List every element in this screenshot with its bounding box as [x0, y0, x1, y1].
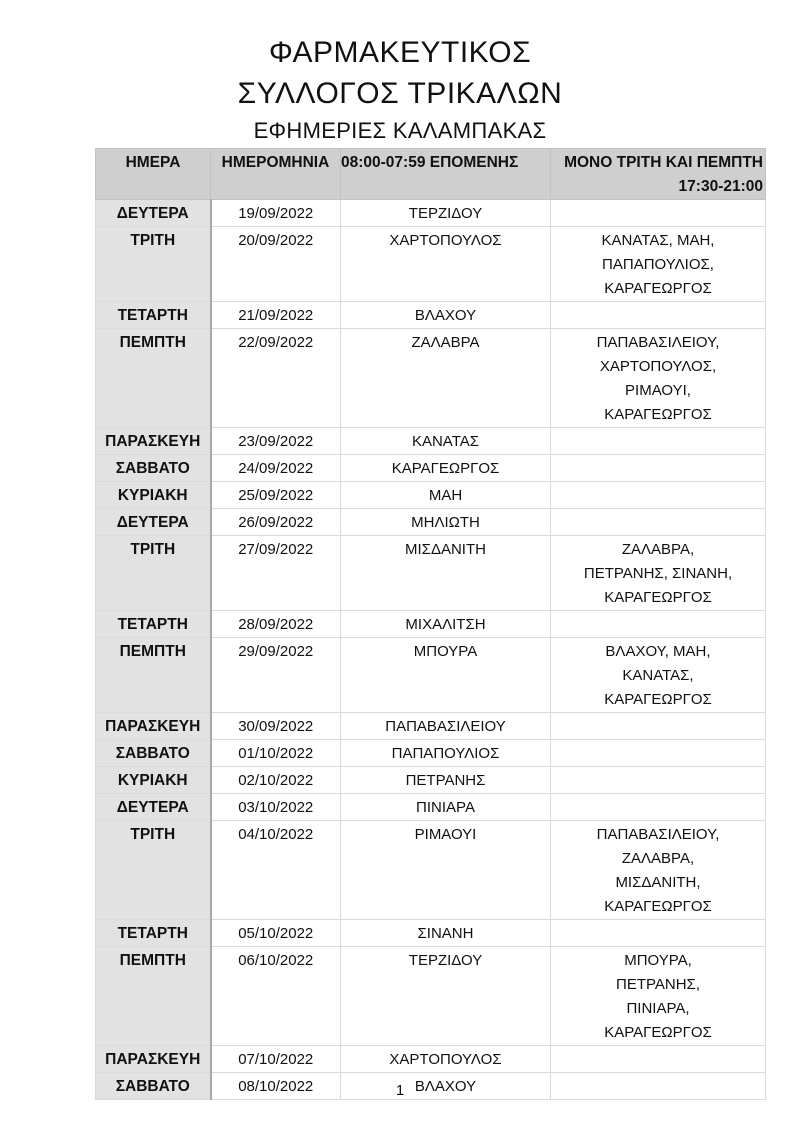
day-cell: ΣΑΒΒΑΤΟ — [96, 455, 211, 482]
duty-pharmacy-cell: ΜΙΧΑΛΙΤΣΗ — [341, 611, 551, 638]
column-header-duty-hours: 08:00-07:59 ΕΠΟΜΕΝΗΣ — [341, 149, 551, 200]
duty-pharmacy-cell: ΤΕΡΖΙΔΟΥ — [341, 947, 551, 1046]
evening-pharmacy-line: ΚΑΡΑΓΕΩΡΓΟΣ — [551, 1021, 765, 1045]
evening-pharmacies-cell — [551, 611, 766, 638]
evening-pharmacy-line: ΚΑΡΑΓΕΩΡΓΟΣ — [551, 403, 765, 427]
document-title-line-2: ΣΥΛΛΟΓΟΣ ΤΡΙΚΑΛΩΝ — [0, 77, 800, 111]
table-row: ΣΑΒΒΑΤΟ24/09/2022ΚΑΡΑΓΕΩΡΓΟΣ — [96, 455, 766, 482]
duty-pharmacy-cell: ΧΑΡΤΟΠΟΥΛΟΣ — [341, 1046, 551, 1073]
table-row: ΣΑΒΒΑΤΟ01/10/2022ΠΑΠΑΠΟΥΛΙΟΣ — [96, 740, 766, 767]
date-cell: 06/10/2022 — [211, 947, 341, 1046]
table-header-row: ΗΜΕΡΑ ΗΜΕΡΟΜΗΝΙΑ 08:00-07:59 ΕΠΟΜΕΝΗΣ ΜΟ… — [96, 149, 766, 200]
duty-pharmacy-cell: ΠΑΠΑΠΟΥΛΙΟΣ — [341, 740, 551, 767]
table-row: ΤΡΙΤΗ27/09/2022ΜΙΣΔΑΝΙΤΗΖΑΛΑΒΡΑ,ΠΕΤΡΑΝΗΣ… — [96, 536, 766, 611]
date-cell: 01/10/2022 — [211, 740, 341, 767]
table-row: ΔΕΥΤΕΡΑ26/09/2022ΜΗΛΙΩΤΗ — [96, 509, 766, 536]
day-cell: ΠΕΜΠΤΗ — [96, 329, 211, 428]
evening-pharmacy-line: ΠΕΤΡΑΝΗΣ, — [551, 973, 765, 997]
day-cell: ΤΕΤΑΡΤΗ — [96, 920, 211, 947]
duty-pharmacy-cell: ΤΕΡΖΙΔΟΥ — [341, 200, 551, 227]
date-cell: 19/09/2022 — [211, 200, 341, 227]
evening-pharmacies-cell — [551, 767, 766, 794]
duty-pharmacy-cell: ΧΑΡΤΟΠΟΥΛΟΣ — [341, 227, 551, 302]
table-row: ΤΡΙΤΗ20/09/2022ΧΑΡΤΟΠΟΥΛΟΣΚΑΝΑΤΑΣ, ΜΑΗ,Π… — [96, 227, 766, 302]
evening-pharmacies-cell — [551, 428, 766, 455]
day-cell: ΔΕΥΤΕΡΑ — [96, 794, 211, 821]
day-cell: ΔΕΥΤΕΡΑ — [96, 200, 211, 227]
evening-pharmacy-line: ΖΑΛΑΒΡΑ, — [551, 847, 765, 871]
evening-pharmacies-cell — [551, 794, 766, 821]
page-number: 1 — [0, 1082, 800, 1099]
evening-pharmacy-line: ΠΙΝΙΑΡΑ, — [551, 997, 765, 1021]
day-cell: ΔΕΥΤΕΡΑ — [96, 509, 211, 536]
table-row: ΤΕΤΑΡΤΗ21/09/2022ΒΛΑΧΟΥ — [96, 302, 766, 329]
date-cell: 02/10/2022 — [211, 767, 341, 794]
evening-pharmacies-cell — [551, 740, 766, 767]
duty-pharmacy-cell: ΠΕΤΡΑΝΗΣ — [341, 767, 551, 794]
duty-pharmacy-cell: ΜΠΟΥΡΑ — [341, 638, 551, 713]
evening-pharmacy-line: ΚΑΡΑΓΕΩΡΓΟΣ — [551, 895, 765, 919]
evening-pharmacy-line: ΚΑΡΑΓΕΩΡΓΟΣ — [551, 277, 765, 301]
evening-pharmacy-line: ΧΑΡΤΟΠΟΥΛΟΣ, — [551, 355, 765, 379]
evening-pharmacy-line: ΚΑΡΑΓΕΩΡΓΟΣ — [551, 586, 765, 610]
duty-pharmacy-cell: ΡΙΜΑΟΥΙ — [341, 821, 551, 920]
date-cell: 04/10/2022 — [211, 821, 341, 920]
day-cell: ΠΑΡΑΣΚΕΥΗ — [96, 713, 211, 740]
duty-schedule-table: ΗΜΕΡΑ ΗΜΕΡΟΜΗΝΙΑ 08:00-07:59 ΕΠΟΜΕΝΗΣ ΜΟ… — [95, 148, 766, 1100]
day-cell: ΤΡΙΤΗ — [96, 536, 211, 611]
duty-pharmacy-cell: ΜΙΣΔΑΝΙΤΗ — [341, 536, 551, 611]
document-subtitle: ΕΦΗΜΕΡΙΕΣ ΚΑΛΑΜΠΑΚΑΣ — [0, 118, 800, 144]
column-header-date: ΗΜΕΡΟΜΗΝΙΑ — [211, 149, 341, 200]
duty-pharmacy-cell: ΜΗΛΙΩΤΗ — [341, 509, 551, 536]
date-cell: 23/09/2022 — [211, 428, 341, 455]
duty-pharmacy-cell: ΚΑΝΑΤΑΣ — [341, 428, 551, 455]
date-cell: 27/09/2022 — [211, 536, 341, 611]
evening-pharmacy-line: ΖΑΛΑΒΡΑ, — [551, 538, 765, 562]
evening-pharmacies-cell — [551, 713, 766, 740]
day-cell: ΠΕΜΠΤΗ — [96, 638, 211, 713]
date-cell: 05/10/2022 — [211, 920, 341, 947]
date-cell: 21/09/2022 — [211, 302, 341, 329]
date-cell: 30/09/2022 — [211, 713, 341, 740]
duty-pharmacy-cell: ΖΑΛΑΒΡΑ — [341, 329, 551, 428]
table-row: ΠΑΡΑΣΚΕΥΗ30/09/2022ΠΑΠΑΒΑΣΙΛΕΙΟΥ — [96, 713, 766, 740]
day-cell: ΤΕΤΑΡΤΗ — [96, 302, 211, 329]
evening-pharmacy-line: ΠΑΠΑΒΑΣΙΛΕΙΟΥ, — [551, 331, 765, 355]
evening-pharmacy-line: ΠΑΠΑΠΟΥΛΙΟΣ, — [551, 253, 765, 277]
duty-pharmacy-cell: ΠΙΝΙΑΡΑ — [341, 794, 551, 821]
evening-pharmacy-line: ΚΑΡΑΓΕΩΡΓΟΣ — [551, 688, 765, 712]
date-cell: 03/10/2022 — [211, 794, 341, 821]
table-row: ΚΥΡΙΑΚΗ25/09/2022ΜΑΗ — [96, 482, 766, 509]
duty-pharmacy-cell: ΚΑΡΑΓΕΩΡΓΟΣ — [341, 455, 551, 482]
day-cell: ΠΑΡΑΣΚΕΥΗ — [96, 1046, 211, 1073]
evening-pharmacies-cell — [551, 482, 766, 509]
table-row: ΠΑΡΑΣΚΕΥΗ07/10/2022ΧΑΡΤΟΠΟΥΛΟΣ — [96, 1046, 766, 1073]
column-header-day: ΗΜΕΡΑ — [96, 149, 211, 200]
evening-pharmacy-line: ΠΕΤΡΑΝΗΣ, ΣΙΝΑΝΗ, — [551, 562, 765, 586]
evening-pharmacies-cell: ΖΑΛΑΒΡΑ,ΠΕΤΡΑΝΗΣ, ΣΙΝΑΝΗ,ΚΑΡΑΓΕΩΡΓΟΣ — [551, 536, 766, 611]
table-row: ΤΡΙΤΗ04/10/2022ΡΙΜΑΟΥΙΠΑΠΑΒΑΣΙΛΕΙΟΥ,ΖΑΛΑ… — [96, 821, 766, 920]
table-row: ΚΥΡΙΑΚΗ02/10/2022ΠΕΤΡΑΝΗΣ — [96, 767, 766, 794]
duty-pharmacy-cell: ΒΛΑΧΟΥ — [341, 302, 551, 329]
evening-pharmacy-line: ΚΑΝΑΤΑΣ, — [551, 664, 765, 688]
duty-pharmacy-cell: ΠΑΠΑΒΑΣΙΛΕΙΟΥ — [341, 713, 551, 740]
evening-pharmacy-line: ΒΛΑΧΟΥ, ΜΑΗ, — [551, 640, 765, 664]
date-cell: 07/10/2022 — [211, 1046, 341, 1073]
table-row: ΠΕΜΠΤΗ29/09/2022ΜΠΟΥΡΑΒΛΑΧΟΥ, ΜΑΗ,ΚΑΝΑΤΑ… — [96, 638, 766, 713]
evening-pharmacies-cell — [551, 455, 766, 482]
day-cell: ΚΥΡΙΑΚΗ — [96, 767, 211, 794]
column-header-tue-thu-evening: ΜΟΝΟ ΤΡΙΤΗ ΚΑΙ ΠΕΜΠΤΗ 17:30-21:00 — [551, 149, 766, 200]
table-row: ΠΕΜΠΤΗ06/10/2022ΤΕΡΖΙΔΟΥΜΠΟΥΡΑ,ΠΕΤΡΑΝΗΣ,… — [96, 947, 766, 1046]
table-row: ΔΕΥΤΕΡΑ19/09/2022ΤΕΡΖΙΔΟΥ — [96, 200, 766, 227]
table-body: ΔΕΥΤΕΡΑ19/09/2022ΤΕΡΖΙΔΟΥΤΡΙΤΗ20/09/2022… — [96, 200, 766, 1100]
evening-pharmacies-cell: ΚΑΝΑΤΑΣ, ΜΑΗ,ΠΑΠΑΠΟΥΛΙΟΣ,ΚΑΡΑΓΕΩΡΓΟΣ — [551, 227, 766, 302]
day-cell: ΠΕΜΠΤΗ — [96, 947, 211, 1046]
day-cell: ΠΑΡΑΣΚΕΥΗ — [96, 428, 211, 455]
table-row: ΠΕΜΠΤΗ22/09/2022ΖΑΛΑΒΡΑΠΑΠΑΒΑΣΙΛΕΙΟΥ,ΧΑΡ… — [96, 329, 766, 428]
day-cell: ΤΡΙΤΗ — [96, 227, 211, 302]
evening-pharmacy-line: ΠΑΠΑΒΑΣΙΛΕΙΟΥ, — [551, 823, 765, 847]
evening-pharmacy-line: ΡΙΜΑΟΥΙ, — [551, 379, 765, 403]
date-cell: 20/09/2022 — [211, 227, 341, 302]
evening-pharmacies-cell — [551, 1046, 766, 1073]
date-cell: 26/09/2022 — [211, 509, 341, 536]
table-row: ΠΑΡΑΣΚΕΥΗ23/09/2022ΚΑΝΑΤΑΣ — [96, 428, 766, 455]
evening-pharmacies-cell: ΠΑΠΑΒΑΣΙΛΕΙΟΥ,ΧΑΡΤΟΠΟΥΛΟΣ,ΡΙΜΑΟΥΙ,ΚΑΡΑΓΕ… — [551, 329, 766, 428]
evening-pharmacies-cell: ΜΠΟΥΡΑ,ΠΕΤΡΑΝΗΣ,ΠΙΝΙΑΡΑ,ΚΑΡΑΓΕΩΡΓΟΣ — [551, 947, 766, 1046]
document-title-line-1: ΦΑΡΜΑΚΕΥΤΙΚΟΣ — [0, 36, 800, 70]
evening-pharmacy-line: ΜΠΟΥΡΑ, — [551, 949, 765, 973]
date-cell: 22/09/2022 — [211, 329, 341, 428]
day-cell: ΤΡΙΤΗ — [96, 821, 211, 920]
day-cell: ΚΥΡΙΑΚΗ — [96, 482, 211, 509]
evening-pharmacy-line: ΚΑΝΑΤΑΣ, ΜΑΗ, — [551, 229, 765, 253]
evening-pharmacies-cell — [551, 920, 766, 947]
day-cell: ΣΑΒΒΑΤΟ — [96, 740, 211, 767]
date-cell: 25/09/2022 — [211, 482, 341, 509]
duty-pharmacy-cell: ΜΑΗ — [341, 482, 551, 509]
evening-pharmacies-cell: ΒΛΑΧΟΥ, ΜΑΗ,ΚΑΝΑΤΑΣ,ΚΑΡΑΓΕΩΡΓΟΣ — [551, 638, 766, 713]
date-cell: 24/09/2022 — [211, 455, 341, 482]
evening-pharmacies-cell: ΠΑΠΑΒΑΣΙΛΕΙΟΥ,ΖΑΛΑΒΡΑ,ΜΙΣΔΑΝΙΤΗ,ΚΑΡΑΓΕΩΡ… — [551, 821, 766, 920]
table-row: ΤΕΤΑΡΤΗ05/10/2022ΣΙΝΑΝΗ — [96, 920, 766, 947]
evening-pharmacies-cell — [551, 509, 766, 536]
table-row: ΔΕΥΤΕΡΑ03/10/2022ΠΙΝΙΑΡΑ — [96, 794, 766, 821]
date-cell: 28/09/2022 — [211, 611, 341, 638]
evening-pharmacies-cell — [551, 200, 766, 227]
day-cell: ΤΕΤΑΡΤΗ — [96, 611, 211, 638]
evening-pharmacy-line: ΜΙΣΔΑΝΙΤΗ, — [551, 871, 765, 895]
evening-pharmacies-cell — [551, 302, 766, 329]
table-row: ΤΕΤΑΡΤΗ28/09/2022ΜΙΧΑΛΙΤΣΗ — [96, 611, 766, 638]
duty-pharmacy-cell: ΣΙΝΑΝΗ — [341, 920, 551, 947]
date-cell: 29/09/2022 — [211, 638, 341, 713]
